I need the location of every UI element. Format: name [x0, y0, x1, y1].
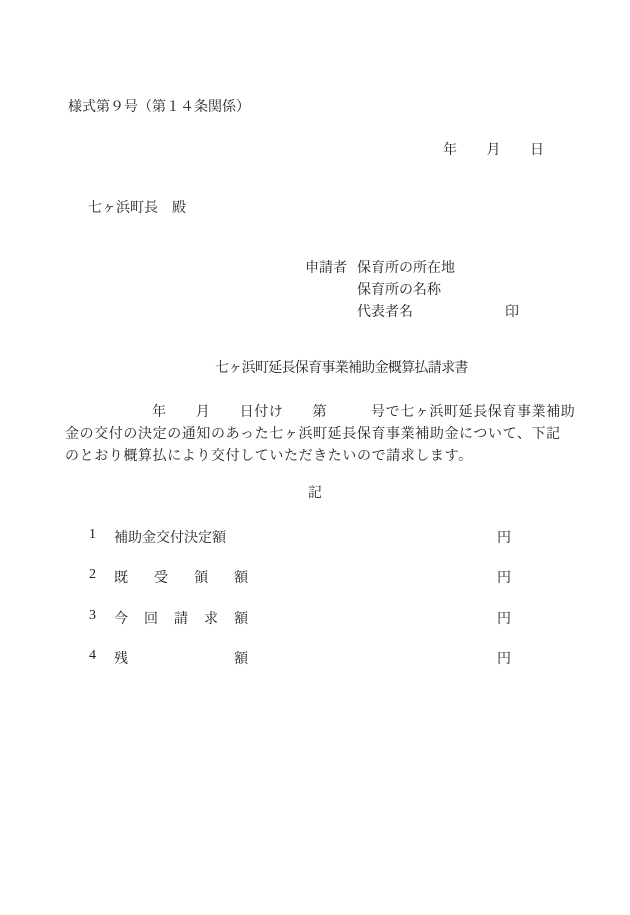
form-number: 様式第９号（第１４条関係）	[68, 99, 250, 117]
item-row-decided-amount: 1 補助金交付決定額 円	[0, 527, 630, 547]
document-title: 七ヶ浜町延長保育事業補助金概算払請求書	[215, 360, 468, 378]
item-number: 1	[89, 527, 96, 543]
header-date-blank: 年 月 日	[443, 142, 545, 160]
applicant-nursery-address-label: 保育所の所在地	[357, 260, 455, 278]
item-row-remaining-amount: 4 残額 円	[0, 648, 630, 668]
yen-unit-label: 円	[497, 648, 511, 668]
body-paragraph-line-2: 金の交付の決定の通知のあった七ヶ浜町延長保育事業補助金について、下記	[65, 426, 561, 444]
item-row-received-amount: 2 既受領額 円	[0, 567, 630, 587]
item-label-remaining-amount: 残額	[114, 648, 248, 668]
item-label-requested-amount: 今回請求額	[114, 608, 248, 628]
applicant-label: 申請者	[305, 260, 347, 278]
item-row-requested-amount: 3 今回請求額 円	[0, 608, 630, 628]
applicant-nursery-name-label: 保育所の名称	[357, 282, 441, 300]
seal-mark: 印	[505, 304, 519, 322]
item-number: 2	[89, 567, 96, 583]
yen-unit-label: 円	[497, 567, 511, 587]
item-number: 4	[89, 648, 96, 664]
yen-unit-label: 円	[497, 608, 511, 628]
applicant-representative-label: 代表者名	[357, 304, 413, 322]
note-heading: 記	[0, 485, 630, 503]
item-label-decided-amount: 補助金交付決定額	[114, 527, 226, 547]
body-paragraph-line-1: 年 月 日付け 第 号で七ヶ浜町延長保育事業補助	[152, 404, 575, 422]
yen-unit-label: 円	[497, 527, 511, 547]
addressee-line: 七ヶ浜町長 殿	[88, 200, 186, 218]
document-page: 様式第９号（第１４条関係） 年 月 日 七ヶ浜町長 殿 申請者 保育所の所在地 …	[0, 0, 630, 915]
item-number: 3	[89, 608, 96, 624]
item-label-received-amount: 既受領額	[114, 567, 248, 587]
body-paragraph-line-3: のとおり概算払により交付していただきたいので請求します。	[65, 448, 473, 466]
